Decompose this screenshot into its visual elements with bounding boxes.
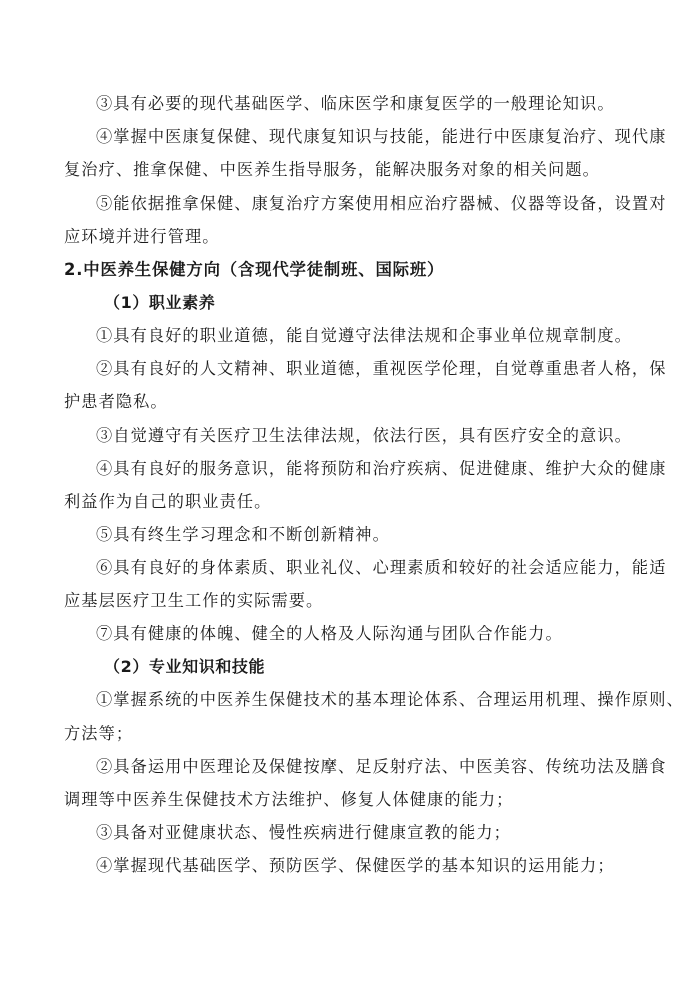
quality-item-5: ⑤具有终生学习理念和不断创新精神。 <box>96 525 390 545</box>
quality-item-4-line2: 利益作为自己的职业责任。 <box>64 492 271 512</box>
skill-item-2-line1: ②具备运用中医理论及保健按摩、足反射疗法、中医美容、传统功法及膳食 <box>96 757 638 777</box>
quality-item-4-line1: ④具有良好的服务意识，能将预防和治疗疾病、促进健康、维护大众的健康 <box>96 459 638 479</box>
quality-item-6-line2: 应基层医疗卫生工作的实际需要。 <box>64 591 323 611</box>
skill-item-2-line2: 调理等中医养生保健技术方法维护、修复人体健康的能力； <box>64 790 513 810</box>
skill-item-1-line1: ①掌握系统的中医养生保健技术的基本理论体系、合理运用机理、操作原则、 <box>96 690 638 710</box>
paragraph-item-4-line2: 复治疗、推拿保健、中医养生指导服务，能解决服务对象的相关问题。 <box>64 160 600 180</box>
quality-item-6-line1: ⑥具有良好的身体素质、职业礼仪、心理素质和较好的社会适应能力，能适 <box>96 558 638 578</box>
paragraph-item-3: ③具有必要的现代基础医学、临床医学和康复医学的一般理论知识。 <box>96 94 615 114</box>
quality-item-7: ⑦具有健康的体魄、健全的人格及人际沟通与团队合作能力。 <box>96 624 563 644</box>
skill-item-4: ④掌握现代基础医学、预防医学、保健医学的基本知识的运用能力； <box>96 856 615 876</box>
quality-item-3: ③自觉遵守有关医疗卫生法律法规，依法行医，具有医疗安全的意识。 <box>96 426 632 446</box>
subsection-heading-knowledge-skills: （2）专业知识和技能 <box>104 657 265 677</box>
quality-item-2-line1: ②具有良好的人文精神、职业道德，重视医学伦理，自觉尊重患者人格，保 <box>96 359 638 379</box>
quality-item-1: ①具有良好的职业道德，能自觉遵守法律法规和企事业单位规章制度。 <box>96 326 632 346</box>
skill-item-1-line2: 方法等； <box>64 724 133 744</box>
paragraph-item-4-line1: ④掌握中医康复保健、现代康复知识与技能，能进行中医康复治疗、现代康 <box>96 127 638 147</box>
section-heading: 2.中医养生保健方向（含现代学徒制班、国际班） <box>64 260 444 280</box>
paragraph-item-5-line2: 应环境并进行管理。 <box>64 227 220 247</box>
skill-item-3: ③具备对亚健康状态、慢性疾病进行健康宣教的能力； <box>96 823 511 843</box>
quality-item-2-line2: 护患者隐私。 <box>64 392 168 412</box>
paragraph-item-5-line1: ⑤能依据推拿保健、康复治疗方案使用相应治疗器械、仪器等设备，设置对 <box>96 194 638 214</box>
subsection-heading-professional-quality: （1）职业素养 <box>104 293 215 313</box>
